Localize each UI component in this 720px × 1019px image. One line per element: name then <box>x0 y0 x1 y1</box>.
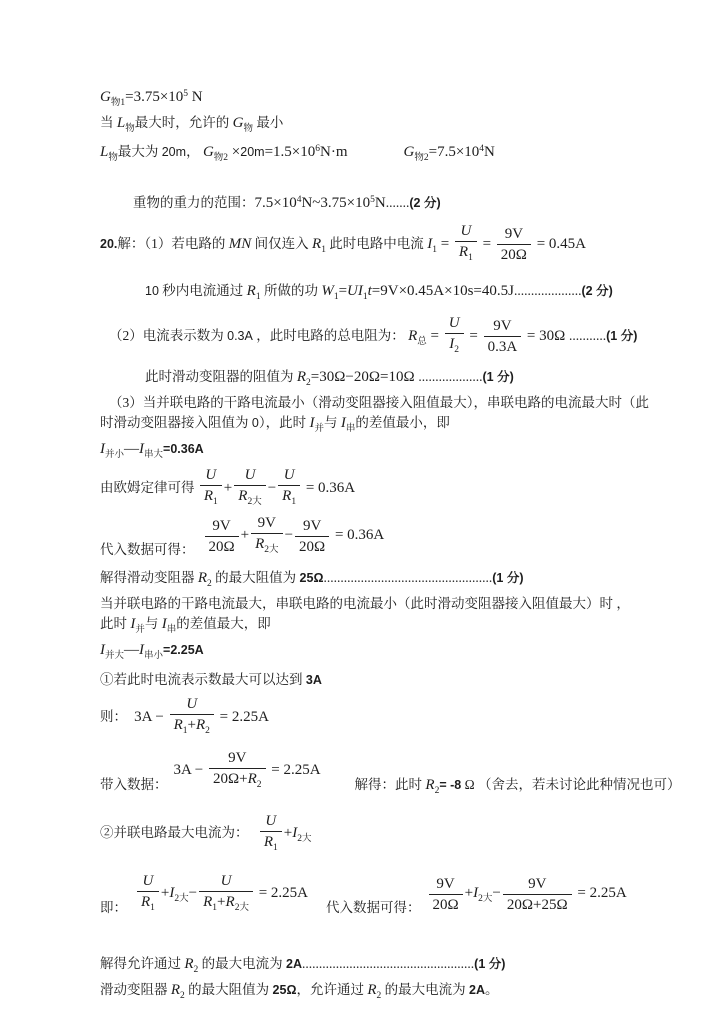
text-run: 最大时，允许的 <box>135 115 233 130</box>
text-run: 解得允许通过 <box>100 956 184 971</box>
math-variable: G <box>404 144 415 160</box>
math-text: − <box>492 885 500 901</box>
math-variable: U <box>460 223 471 239</box>
answer-sheet-content: G物1=3.75×105 N 当 L物最大时，允许的 G物 最小 L物最大为 2… <box>0 0 720 1006</box>
subscript: 1 <box>150 903 155 913</box>
text-run: 的最大电流为 <box>198 956 286 971</box>
fraction: 9V20Ω+R2 <box>209 748 266 795</box>
sans-bold-text: (2 分) <box>409 196 440 210</box>
text-run: 带入数据： <box>100 777 168 792</box>
text-run: 即： <box>100 900 127 915</box>
line-g-max: G物1=3.75×105 N <box>100 84 640 113</box>
text-run: ........................................… <box>302 956 474 971</box>
text-run: 解得滑动变阻器 <box>100 570 198 585</box>
line-r2-max-current: 解得允许通过 R2 的最大电流为 2A.....................… <box>100 954 640 980</box>
line-case1-3a: ①若此时电流表示数最大可以达到 3A <box>100 670 640 690</box>
line-r2-max-25: 解得滑动变阻器 R2 的最大阻值为 25Ω...................… <box>100 568 640 594</box>
subscript: 串大 <box>144 450 163 460</box>
math-text: − <box>268 480 276 496</box>
math-variable: R <box>174 717 183 733</box>
math-variable: G <box>233 115 244 131</box>
subscript: 2大 <box>235 903 249 913</box>
text-run: 的最大阻值为 <box>212 570 300 585</box>
text-run: 最大为 <box>118 144 162 159</box>
subscript: 并大 <box>105 651 124 661</box>
math-text: = <box>466 328 482 344</box>
fraction-denominator: R1 <box>455 241 477 268</box>
fraction-numerator: U <box>234 465 265 485</box>
line-condition-lmax: 当 L物最大时，允许的 G物 最小 <box>100 113 640 139</box>
line-part3-intro-2: 时滑动变阻器接入阻值为 0），此时 I并与 I串的差值最小，即 <box>100 413 640 439</box>
fraction: 9V0.3A <box>484 316 522 357</box>
fraction: 9V20Ω <box>205 516 239 557</box>
text-run: 20Ω+ <box>213 771 248 787</box>
subscript: 1 <box>291 497 296 507</box>
text-run: 则： <box>100 709 130 724</box>
text-run: 解：（1）若电路的 <box>117 236 228 251</box>
text-run: 重物的重力的范围： <box>133 195 255 210</box>
fraction-numerator: 9V <box>429 874 463 894</box>
math-text: × <box>228 144 240 160</box>
math-text: 3A − <box>130 709 167 725</box>
text-run: 20Ω <box>209 539 235 555</box>
math-text: − <box>189 885 197 901</box>
text-run: （2）电流表示数为 <box>109 328 227 343</box>
math-text: + <box>284 825 292 841</box>
fraction-numerator: 9V <box>484 316 522 336</box>
math-variable: R <box>141 894 150 910</box>
math-variable: R <box>203 894 212 910</box>
fraction-denominator: 20Ω+R2 <box>209 768 266 795</box>
math-text: + <box>217 894 225 910</box>
lowered-text: 带入数据： <box>100 776 168 794</box>
text-run: 时滑动变阻器接入阻值为 <box>100 415 252 430</box>
fraction-denominator: I2 <box>445 333 464 360</box>
lowered-text: 代入数据可得： <box>326 899 421 917</box>
fraction-denominator: R1 <box>278 485 300 512</box>
math-text: + <box>188 717 196 733</box>
math-variable: UI <box>347 283 363 299</box>
text-run: ，允许通过 <box>296 982 367 997</box>
subscript: 2 <box>205 726 210 736</box>
spacer <box>127 896 135 897</box>
text-run: 由欧姆定律可得 <box>100 480 198 495</box>
subscript: 物 <box>108 153 118 163</box>
text-run: Ω （舍去，若未讨论此种情况也可） <box>461 777 680 792</box>
math-variable: U <box>186 696 197 712</box>
line-case2-eq: 即：UR1+I2大−UR1+R2大 = 2.25A代入数据可得：9V20Ω+I2… <box>100 870 640 922</box>
text-run: 代入数据可得： <box>326 900 421 915</box>
math-variable: MN <box>229 236 252 252</box>
line-substitute-1: 代入数据可得：9V20Ω+9VR2大−9V20Ω = 0.36A <box>100 512 640 559</box>
math-variable: R <box>226 894 235 910</box>
math-text: = 30Ω <box>523 328 569 344</box>
math-text: = 2.25A <box>268 762 321 778</box>
text-run: 秒内电流通过 <box>159 283 247 298</box>
math-variable: R <box>408 328 417 344</box>
math-text: = <box>479 236 495 252</box>
math-text: = 0.36A <box>331 527 384 543</box>
math-variable: U <box>265 813 276 829</box>
fraction-numerator: U <box>137 871 159 891</box>
fraction: UR2大 <box>234 465 265 512</box>
fraction: UR1 <box>137 871 159 918</box>
text-run: 滑动变阻器 <box>100 982 171 997</box>
sans-text: 20m <box>240 145 264 159</box>
math-text: + <box>224 480 232 496</box>
text-run: ........... <box>569 328 606 343</box>
math-text: =7.5×10 <box>429 144 480 160</box>
spacer <box>348 155 404 156</box>
subscript: 2大 <box>297 834 311 844</box>
fraction-numerator: 9V <box>209 748 266 768</box>
subscript: 2大 <box>247 497 261 507</box>
math-variable: U <box>449 315 460 331</box>
line-case1-eq: 则： 3A − UR1+R2 = 2.25A <box>100 694 640 741</box>
text-run: 9V <box>212 518 230 534</box>
fraction-denominator: R1 <box>137 891 159 918</box>
math-variable: U <box>221 873 232 889</box>
text-run: 代入数据可得： <box>100 542 195 557</box>
math-text: = <box>427 328 443 344</box>
text-run: 与 <box>324 415 341 430</box>
text-run: .................... <box>514 283 582 298</box>
text-run: 的差值最小，即 <box>355 415 450 430</box>
text-run: 当 <box>100 115 117 130</box>
text-run: 9V <box>258 515 276 531</box>
fraction-numerator: 9V <box>497 224 531 244</box>
math-text: N <box>375 195 386 211</box>
sans-bold-text: 2A <box>469 983 485 997</box>
fraction: UR1+R2大 <box>199 871 253 918</box>
math-variable: R <box>425 777 434 793</box>
math-variable: U <box>143 873 154 889</box>
line-part3-intro-1: （3）当并联电路的干路电流最小（滑动变阻器接入阻值最大），串联电路的电流最大时（… <box>100 393 640 413</box>
text-run: ， <box>186 144 203 159</box>
math-variable: R <box>204 488 213 504</box>
math-text: =9V×0.45A×10s=40.5J <box>372 283 514 299</box>
text-run: 此时电路中电流 <box>326 236 427 251</box>
fraction-denominator: R2大 <box>251 533 282 560</box>
math-text: = 2.25A <box>574 885 627 901</box>
math-text: 3A − <box>174 762 207 778</box>
sans-text: 0 <box>252 416 259 430</box>
line-max-case-2: 此时 I并与 I串的差值最大，即 <box>100 614 640 640</box>
math-variable: G <box>203 144 214 160</box>
subscript: 物1 <box>111 98 125 108</box>
fraction-numerator: U <box>199 871 253 891</box>
fraction: 9VR2大 <box>251 513 282 560</box>
math-variable: R <box>264 834 273 850</box>
subscript: 2大 <box>174 894 188 904</box>
math-text: + <box>241 527 249 543</box>
fraction-numerator: 9V <box>251 513 282 533</box>
math-text: = 2.25A <box>255 885 308 901</box>
text-run: 此时滑动变阻器的阻值为 <box>145 369 297 384</box>
subscript: 串 <box>346 424 356 434</box>
subscript: 物 <box>125 124 135 134</box>
math-text: = <box>437 236 453 252</box>
fraction-denominator: 20Ω <box>429 894 463 915</box>
text-run: 此时 <box>100 616 130 631</box>
line-weight-range: 重物的重力的范围：7.5×104N~3.75×105N.......(2 分) <box>100 190 640 213</box>
text-run: 9V <box>436 876 454 892</box>
sans-bold-text: (1 分) <box>483 370 514 384</box>
text-run: 间仅连入 <box>251 236 312 251</box>
subscript: 2 <box>257 780 262 790</box>
math-variable: R <box>459 244 468 260</box>
math-variable: R <box>367 982 376 998</box>
sans-bold-text: 25Ω <box>273 983 297 997</box>
subscript: 物2 <box>414 153 428 163</box>
fraction-denominator: 20Ω <box>497 244 531 265</box>
fraction: UR1 <box>278 465 300 512</box>
fraction-denominator: R1+R2 <box>170 714 214 741</box>
text-run: （3）当并联电路的干路电流最小（滑动变阻器接入阻值最大），串联电路的电流最大时（… <box>109 395 649 410</box>
text-run: ，此时电路的总电阻为： <box>253 328 408 343</box>
fraction: UR1 <box>260 811 282 858</box>
sans-text: 20m <box>162 145 186 159</box>
fraction: 9V20Ω+25Ω <box>503 874 572 915</box>
math-text: N <box>188 89 203 105</box>
text-run: 的最大阻值为 <box>185 982 273 997</box>
subscript: 1 <box>468 253 473 263</box>
text-run: 9V <box>528 876 546 892</box>
sans-bold-text: (2 分) <box>581 284 612 298</box>
text-run: 20Ω <box>501 247 527 263</box>
line-ohm-law: 由欧姆定律可得 UR1+UR2大−UR1 = 0.36A <box>100 465 640 512</box>
text-run: ②并联电路最大电流为： <box>100 825 252 840</box>
text-run: 最小 <box>253 115 283 130</box>
subscript: 并小 <box>105 450 124 460</box>
fraction-denominator: R1+R2大 <box>199 891 253 918</box>
spacer <box>308 896 326 897</box>
lowered-text: 即： <box>100 899 127 917</box>
subscript: 物 <box>243 124 253 134</box>
subscript: 串小 <box>144 651 163 661</box>
sans-bold-text: 3A <box>306 673 322 687</box>
text-run: 0.3A <box>488 339 518 355</box>
text-run: 解得：此时 <box>355 777 426 792</box>
math-variable: R <box>171 982 180 998</box>
fraction-denominator: 0.3A <box>484 336 522 357</box>
math-variable: R <box>312 236 321 252</box>
fraction: UI2 <box>445 313 464 360</box>
subscript: 总 <box>417 337 427 347</box>
document-page: G物1=3.75×105 N 当 L物最大时，允许的 G物 最小 L物最大为 2… <box>0 0 720 1019</box>
fraction-denominator: R1 <box>200 485 222 512</box>
text-run: 9V <box>228 750 246 766</box>
line-rheostat-value: 此时滑动变阻器的阻值为 R2=30Ω−20Ω=10Ω .............… <box>100 367 640 393</box>
math-variable: R <box>196 717 205 733</box>
math-variable: R <box>184 956 193 972</box>
lowered-text: 解得：此时 R2= -8 Ω （舍去，若未讨论此种情况也可） <box>355 776 681 800</box>
math-variable: R <box>248 771 257 787</box>
fraction: UR1 <box>455 221 477 268</box>
spacer <box>195 538 203 539</box>
math-text: − <box>285 527 293 543</box>
math-variable: U <box>245 467 256 483</box>
sans-bold-text: = -8 <box>439 778 461 792</box>
spacer <box>421 896 427 897</box>
text-run: 20Ω+25Ω <box>507 897 568 913</box>
math-text: — <box>124 441 139 457</box>
math-text: — <box>124 642 139 658</box>
fraction-numerator: U <box>200 465 222 485</box>
text-run: 的差值最大，即 <box>176 616 271 631</box>
math-variable: L <box>117 115 125 131</box>
math-variable: R <box>282 488 291 504</box>
line-min-difference: I并小—I串大=0.36A <box>100 439 640 465</box>
subscript: 1 <box>213 497 218 507</box>
sans-bold-text: (1 分) <box>606 329 637 343</box>
text-run: 所做的功 <box>261 283 322 298</box>
subscript: 2 <box>454 345 459 355</box>
math-variable: R <box>198 570 207 586</box>
sans-bold-text: 2A <box>286 957 302 971</box>
subscript: 2大 <box>478 894 492 904</box>
sans-bold-text: =0.36A <box>163 442 204 456</box>
spacer <box>321 773 355 774</box>
subscript: 并 <box>314 424 324 434</box>
subscript: 物2 <box>214 153 228 163</box>
math-variable: R <box>255 536 264 552</box>
math-variable: G <box>100 89 111 105</box>
math-text: N~3.75×10 <box>301 195 370 211</box>
text-run: ），此时 <box>259 415 310 430</box>
fraction-numerator: U <box>170 694 214 714</box>
line-max-difference: I并大—I串小=2.25A <box>100 640 640 666</box>
sans-bold-text: 20. <box>100 237 117 251</box>
text-run: ................... <box>418 369 482 384</box>
sans-text: 0.3A <box>227 329 253 343</box>
math-text: =1.5×10 <box>265 144 316 160</box>
fraction-numerator: 9V <box>205 516 239 536</box>
text-run: ①若此时电流表示数最大可以达到 <box>100 672 306 687</box>
fraction-numerator: U <box>260 811 282 831</box>
lowered-text: 代入数据可得： <box>100 541 195 559</box>
math-text: = 2.25A <box>216 709 269 725</box>
fraction: 9V20Ω <box>497 224 531 265</box>
fraction-denominator: 20Ω <box>205 536 239 557</box>
text-run: ....... <box>386 195 410 210</box>
line-l-max-calc: L物最大为 20m， G物2 ×20m=1.5×106N·mG物2=7.5×10… <box>100 139 640 168</box>
math-variable: W <box>321 283 334 299</box>
math-text: 7.5×10 <box>255 195 297 211</box>
math-text: + <box>465 885 473 901</box>
math-variable: R <box>297 369 306 385</box>
math-text: = <box>339 283 347 299</box>
line-case2-max-current: ②并联电路最大电流为： UR1+I2大 <box>100 810 640 862</box>
fraction-denominator: R1 <box>260 831 282 858</box>
sans-text: 10 <box>145 284 159 298</box>
math-text: = 0.36A <box>302 480 355 496</box>
math-text: N·m <box>320 144 348 160</box>
sans-bold-text: =2.25A <box>163 643 204 657</box>
math-text: =30Ω−20Ω=10Ω <box>311 369 419 385</box>
math-variable: U <box>205 467 216 483</box>
fraction-denominator: 20Ω+25Ω <box>503 894 572 915</box>
fraction: 9V20Ω <box>429 874 463 915</box>
line-q20-part1: 20.解：（1）若电路的 MN 间仅连入 R1 此时电路中电流 I1 = UR1… <box>100 221 640 273</box>
math-variable: U <box>284 467 295 483</box>
line-case1-substitute: 带入数据：3A − 9V20Ω+R2 = 2.25A解得：此时 R2= -8 Ω… <box>100 747 640 800</box>
text-run: 9V <box>505 226 523 242</box>
text-run: 9V <box>493 318 511 334</box>
spacer <box>252 836 258 837</box>
fraction-numerator: U <box>455 221 477 241</box>
fraction-numerator: U <box>445 313 464 333</box>
math-variable: R <box>247 283 256 299</box>
fraction-denominator: R2大 <box>234 485 265 512</box>
math-text: N <box>484 144 495 160</box>
math-text: = 0.45A <box>533 236 586 252</box>
math-text: =3.75×10 <box>125 89 183 105</box>
text-run: 的最大电流为 <box>381 982 469 997</box>
fraction-numerator: 9V <box>503 874 572 894</box>
sans-bold-text: (1 分) <box>474 957 505 971</box>
line-conclusion: 滑动变阻器 R2 的最大阻值为 25Ω，允许通过 R2 的最大电流为 2A。 <box>100 980 640 1006</box>
text-run: 20Ω <box>433 897 459 913</box>
line-work-calc: 10 秒内电流通过 R1 所做的功 W1=UI1t=9V×0.45A×10s=4… <box>100 281 640 307</box>
sans-bold-text: (1 分) <box>492 571 523 585</box>
subscript: 1 <box>273 843 278 853</box>
subscript: 并 <box>135 625 145 635</box>
fraction-numerator: U <box>278 465 300 485</box>
fraction-denominator: 20Ω <box>295 536 329 557</box>
text-run: 与 <box>145 616 162 631</box>
text-run: 。 <box>485 982 499 997</box>
subscript: 串 <box>167 625 177 635</box>
fraction: UR1 <box>200 465 222 512</box>
text-run: 当并联电路的干路电流最大，串联电路的电流最小（此时滑动变阻器接入阻值最大）时 ， <box>100 596 630 611</box>
fraction: 9V20Ω <box>295 516 329 557</box>
line-part2-total-resistance: （2）电流表示数为 0.3A ，此时电路的总电阻为： R总 = UI2 = 9V… <box>100 313 640 365</box>
line-max-case-1: 当并联电路的干路电流最大，串联电路的电流最小（此时滑动变阻器接入阻值最大）时 ， <box>100 594 640 614</box>
subscript: 2大 <box>264 545 278 555</box>
text-run: 9V <box>303 518 321 534</box>
text-run: 20Ω <box>299 539 325 555</box>
fraction-numerator: 9V <box>295 516 329 536</box>
sans-bold-text: 25Ω <box>300 571 324 585</box>
text-run: ........................................… <box>323 570 492 585</box>
fraction: UR1+R2 <box>170 694 214 741</box>
